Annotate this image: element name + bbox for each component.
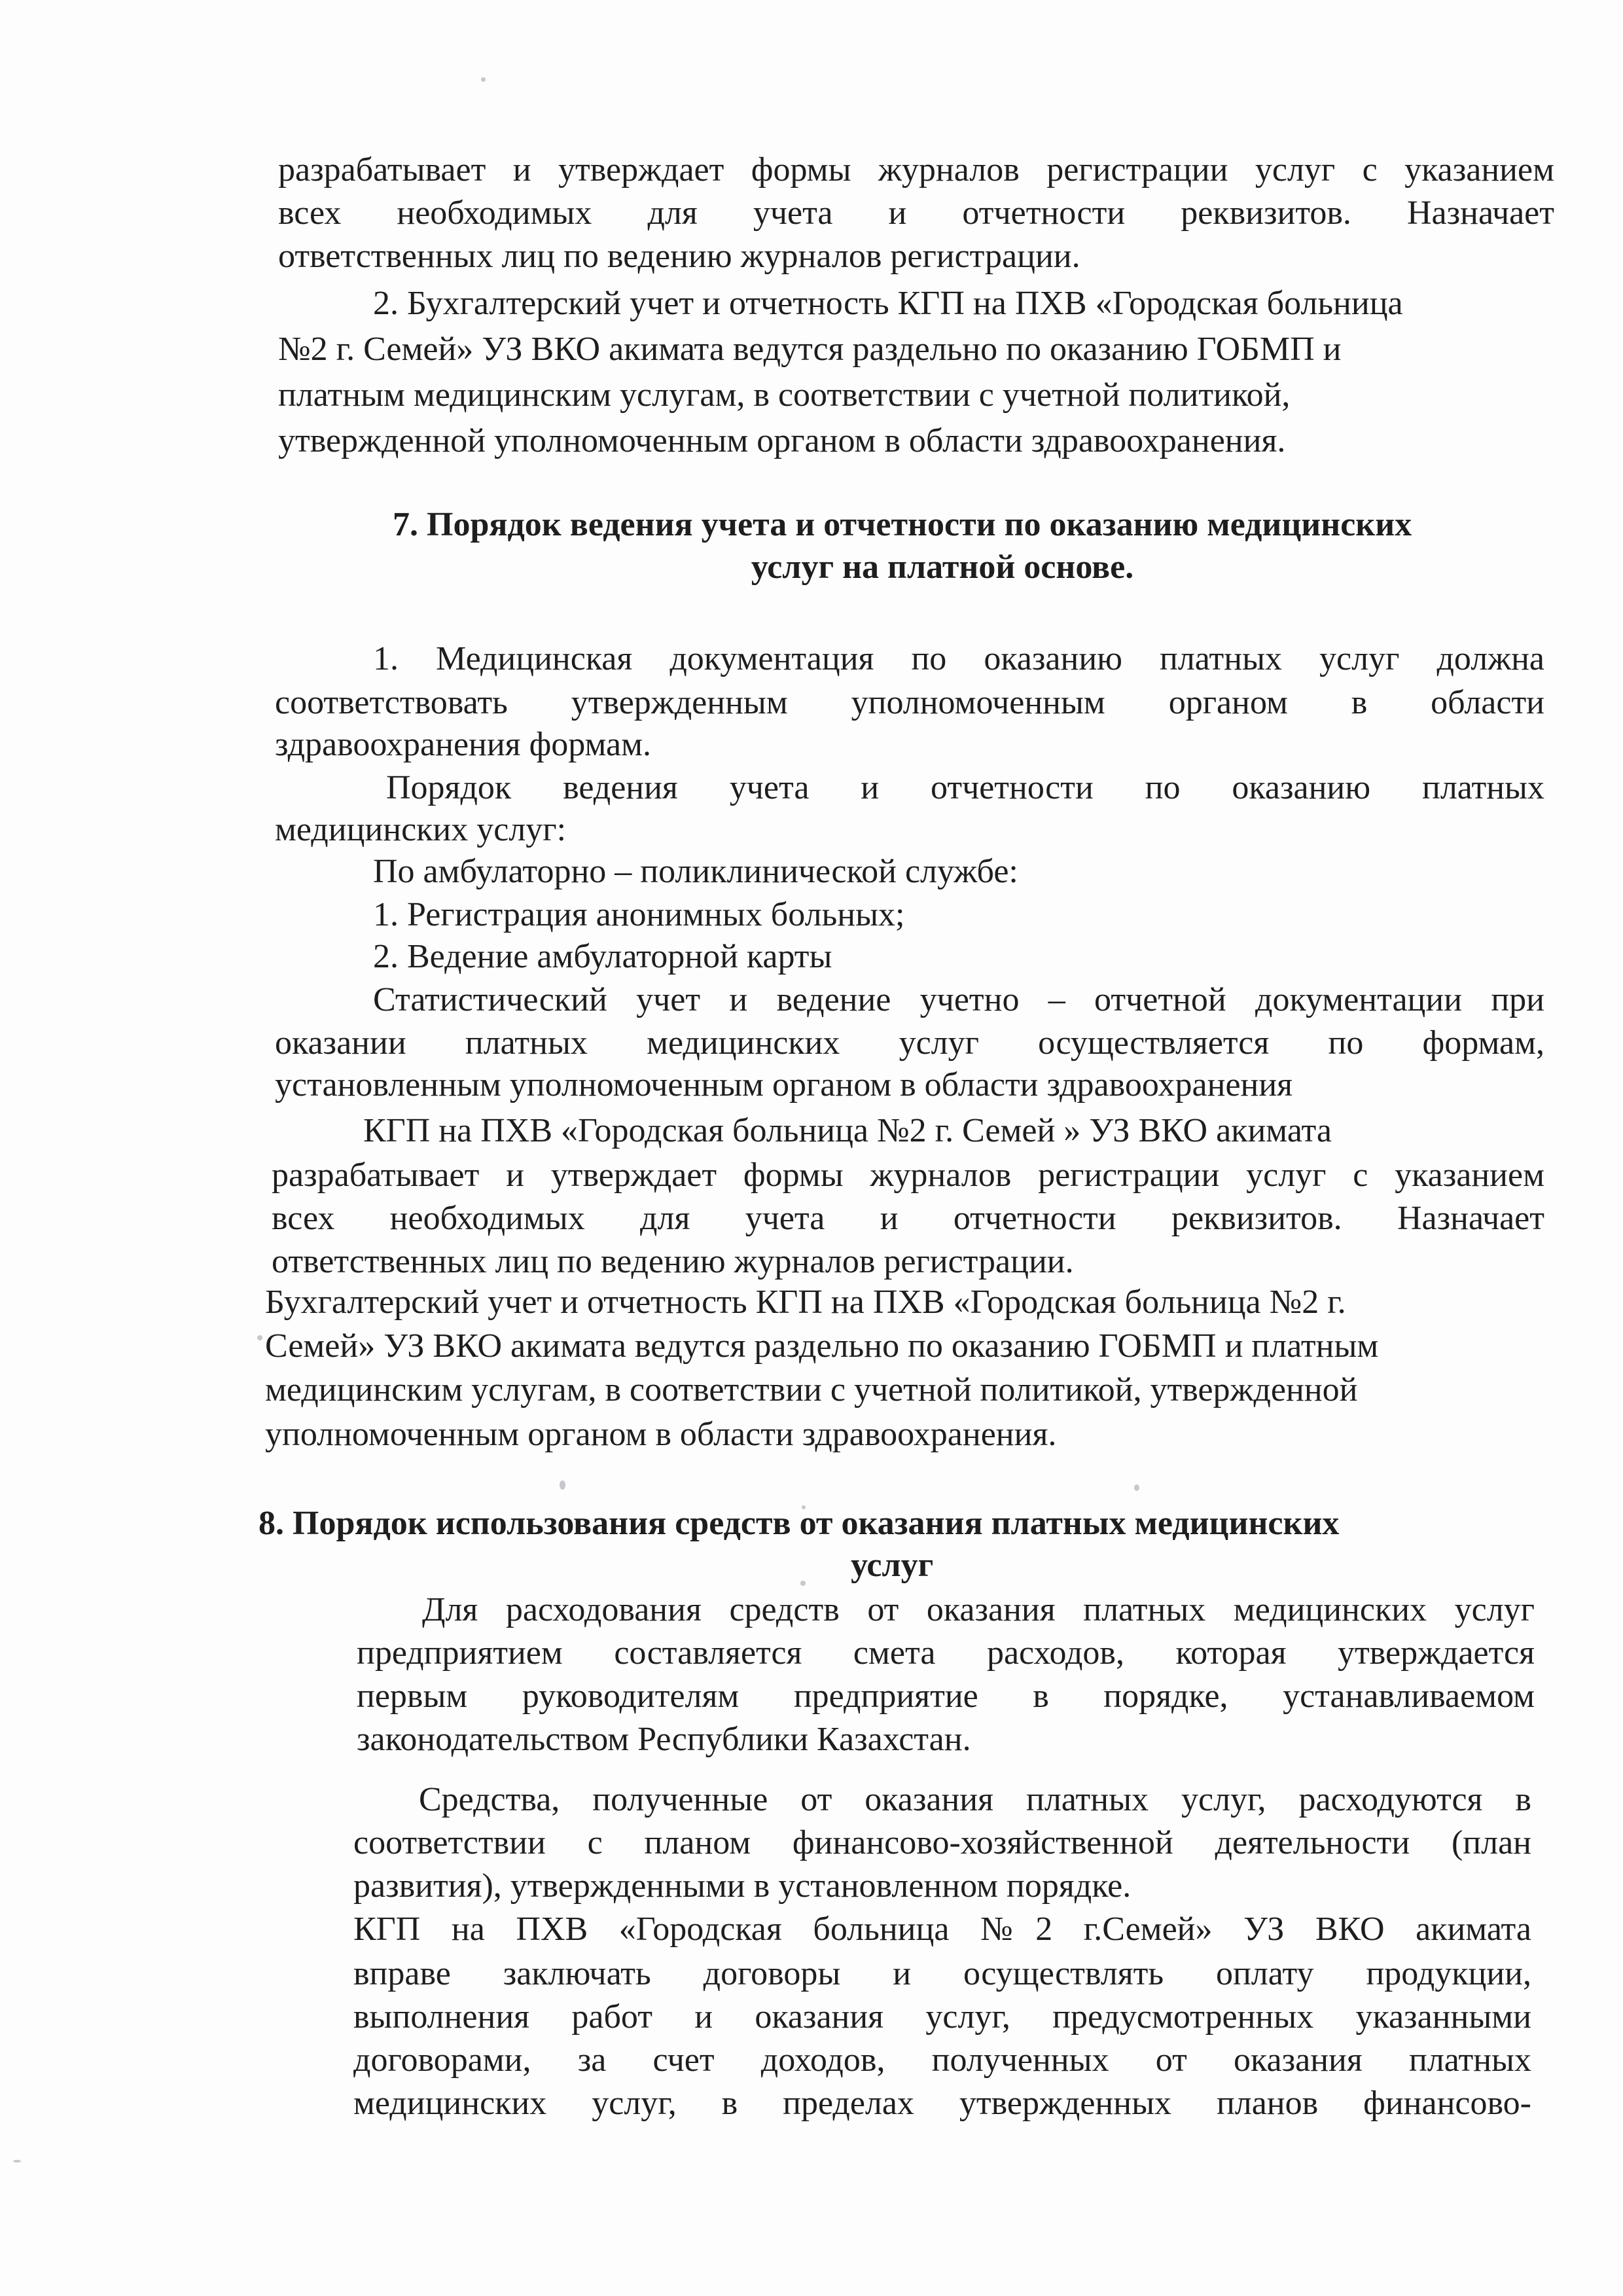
paragraph-line: уполномоченным органом в области здравоо… — [265, 1414, 1056, 1456]
paragraph-line: соответствии с планом финансово-хозяйств… — [353, 1822, 1531, 1864]
paragraph-line: первым руководителям предприятие в поряд… — [357, 1676, 1535, 1717]
paragraph-line: КГП на ПХВ «Городская больница №2 г.Семе… — [353, 1909, 1531, 1950]
paragraph-line: Бухгалтерский учет и отчетность КГП на П… — [265, 1282, 1346, 1323]
scan-speck — [481, 77, 486, 82]
paragraph-line: медицинским услугам, в соответствии с уч… — [265, 1369, 1357, 1411]
section-8-heading: 8. Порядок использования средств от оказ… — [259, 1503, 1339, 1545]
paragraph-line: договорами, за счет доходов, полученных … — [353, 2039, 1531, 2081]
paragraph-line: медицинских услуг, в пределах утвержденн… — [353, 2083, 1531, 2125]
scan-speck — [800, 1581, 806, 1586]
paragraph-line: утвержденной уполномоченным органом в об… — [278, 420, 1285, 462]
list-item: 2. Ведение амбулаторной карты — [373, 936, 832, 978]
paragraph-line: ответственных лиц по ведению журналов ре… — [272, 1241, 1074, 1283]
paragraph-line: оказании платных медицинских услуг осуще… — [275, 1022, 1544, 1064]
paragraph-line: выполнения работ и оказания услуг, преду… — [353, 1996, 1531, 2038]
paragraph-line: установленным уполномоченным органом в о… — [275, 1064, 1293, 1106]
scan-speck — [1134, 1484, 1139, 1491]
paragraph-line: 1. Медицинская документация по оказанию … — [373, 638, 1544, 680]
section-8-heading-cont: услуг — [851, 1545, 933, 1587]
paragraph-line: здравоохранения формам. — [275, 724, 651, 766]
paragraph-line: разрабатывает и утверждает формы журнало… — [272, 1155, 1544, 1196]
paragraph-line: медицинских услуг: — [275, 809, 566, 851]
section-7-heading-cont: услуг на платной основе. — [278, 547, 1554, 588]
list-item: 1. Регистрация анонимных больных; — [373, 894, 904, 936]
paragraph-line: платным медицинским услугам, в соответст… — [278, 374, 1290, 416]
paragraph-line: всех необходимых для учета и отчетности … — [272, 1198, 1544, 1240]
paragraph-line: Средства, полученные от оказания платных… — [419, 1779, 1531, 1821]
paragraph-line: всех необходимых для учета и отчетности … — [278, 192, 1554, 234]
paragraph-line: Статистический учет и ведение учетно – о… — [373, 979, 1544, 1021]
paragraph-line: 2. Бухгалтерский учет и отчетность КГП н… — [373, 283, 1403, 325]
scanned-document-page: разрабатывает и утверждает формы журнало… — [0, 0, 1623, 2296]
paragraph-line: предприятием составляется смета расходов… — [357, 1632, 1535, 1674]
scan-speck — [257, 1335, 262, 1340]
paragraph-line: КГП на ПХВ «Городская больница №2 г. Сем… — [363, 1110, 1332, 1152]
paragraph-line: Семей» УЗ ВКО акимата ведутся раздельно … — [265, 1325, 1378, 1367]
paragraph-line: №2 г. Семей» УЗ ВКО акимата ведутся разд… — [278, 329, 1341, 370]
section-7-heading: 7. Порядок ведения учета и отчетности по… — [393, 504, 1412, 546]
paragraph-line: Порядок ведения учета и отчетности по ок… — [386, 767, 1544, 809]
paragraph-line: ответственных лиц по ведению журналов ре… — [278, 236, 1080, 278]
paragraph-line: Для расходования средств от оказания пла… — [422, 1589, 1535, 1631]
scan-speck — [560, 1480, 565, 1490]
paragraph-line: законодательством Республики Казахстан. — [357, 1719, 971, 1761]
paragraph-line: развития), утвержденными в установленном… — [353, 1865, 1131, 1907]
paragraph-line: разрабатывает и утверждает формы журнало… — [278, 149, 1554, 191]
scan-speck — [13, 2160, 21, 2162]
paragraph-line: вправе заключать договоры и осуществлять… — [353, 1953, 1531, 1995]
paragraph-line: соответствовать утвержденным уполномочен… — [275, 682, 1544, 724]
paragraph-line: По амбулаторно – поликлинической службе: — [373, 851, 1018, 893]
